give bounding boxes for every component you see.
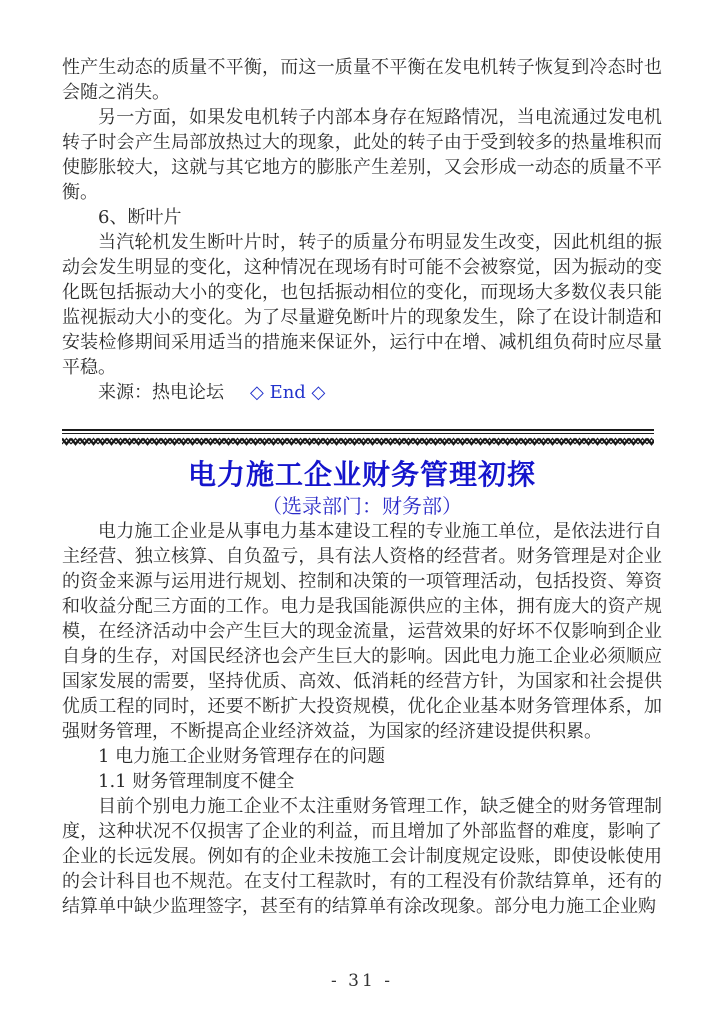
page-number: - 31 -	[0, 970, 724, 992]
document-page: 性产生动态的质量不平衡，而这一质量不平衡在发电机转子恢复到冷态时也会随之消失。 …	[0, 0, 724, 1024]
divider-double-line-icon	[62, 429, 654, 434]
section-heading-problems: 1 电力施工企业财务管理存在的问题	[62, 744, 662, 769]
article-end-marker: ◇ End ◇	[250, 382, 325, 403]
zigzag-border-icon	[62, 436, 654, 447]
source-label: 来源：热电论坛	[98, 382, 224, 403]
section-heading-system-incomplete: 1.1 财务管理制度不健全	[62, 769, 662, 794]
paragraph-system-incomplete: 目前个别电力施工企业不太注重财务管理工作，缺乏健全的财务管理制度，这种状况不仅损…	[62, 794, 662, 919]
article-subtitle: （选录部门：财务部）	[62, 493, 662, 519]
paragraph-broken-blade: 当汽轮机发生断叶片时，转子的质量分布明显发生改变，因此机组的振动会发生明显的变化…	[62, 230, 662, 380]
article-title: 电力施工企业财务管理初探	[62, 457, 662, 493]
paragraph-short-circuit: 另一方面，如果发电机转子内部本身存在短路情况，当电流通过发电机转子时会产生局部放…	[62, 105, 662, 205]
paragraph-intro: 电力施工企业是从事电力基本建设工程的专业施工单位，是依法进行自主经营、独立核算、…	[62, 519, 662, 744]
section-divider	[62, 429, 654, 447]
page-content: 性产生动态的质量不平衡，而这一质量不平衡在发电机转子恢复到冷态时也会随之消失。 …	[62, 55, 662, 919]
source-line: 来源：热电论坛◇ End ◇	[62, 380, 662, 405]
paragraph-mass-imbalance: 性产生动态的质量不平衡，而这一质量不平衡在发电机转子恢复到冷态时也会随之消失。	[62, 55, 662, 105]
section-heading-broken-blade: 6、断叶片	[62, 205, 662, 230]
